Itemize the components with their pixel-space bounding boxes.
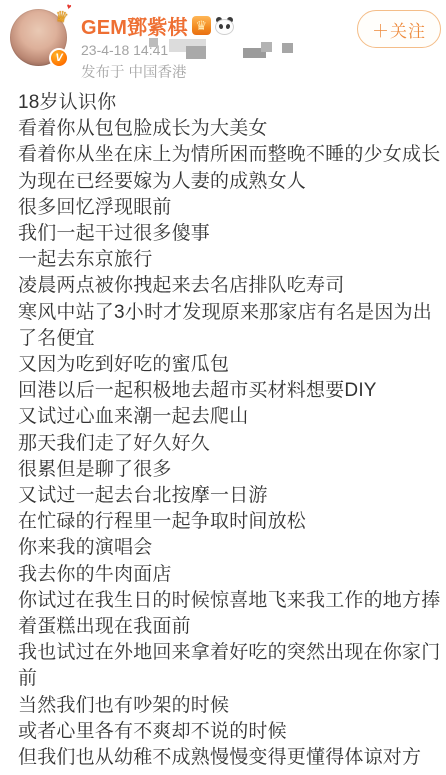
crown-icon: ♛ (53, 9, 71, 27)
post-line: 但我们也从幼稚不成熟慢慢变得更懂得体谅对方 (18, 745, 440, 771)
weibo-post-detail: ♥ ♛ V GEM鄧紫棋 ♛ 23-4-18 14:41 发布于 中国香港 (0, 0, 446, 775)
redaction-block (261, 42, 272, 52)
post-line: 那天我们走了好久好久 (18, 431, 440, 457)
redaction-block (186, 46, 206, 59)
post-line: 前 (18, 666, 440, 692)
post-line: 18岁认识你 (18, 90, 440, 116)
post-line: 很多回忆浮现眼前 (18, 195, 440, 221)
redaction-block (282, 43, 293, 53)
post-line: 看着你从包包脸成长为大美女 (18, 116, 440, 142)
post-line: 很累但是聊了很多 (18, 457, 440, 483)
redaction-block (149, 38, 158, 47)
post-line: 回港以后一起积极地去超市买材料想要DIY (18, 378, 440, 404)
crown-heart-pendant-icon: ♥ ♛ (53, 1, 72, 27)
post-body: 18岁认识你看着你从包包脸成长为大美女看着你从坐在床上为情所困而整晚不睡的少女成… (0, 78, 446, 771)
post-line: 又试过一起去台北按摩一日游 (18, 483, 440, 509)
post-line: 我去你的牛肉面店 (18, 562, 440, 588)
post-line: 我们一起干过很多傻事 (18, 221, 440, 247)
post-text: 18岁认识你看着你从包包脸成长为大美女看着你从坐在床上为情所困而整晚不睡的少女成… (18, 90, 440, 771)
panda-badge-icon (215, 17, 234, 35)
post-line: 着蛋糕出现在我面前 (18, 614, 440, 640)
post-line: 看着你从坐在床上为情所困而整晚不睡的少女成长 (18, 142, 440, 168)
post-line: 寒风中站了3小时才发现原来那家店有名是因为出 (18, 300, 440, 326)
post-line: 为现在已经要嫁为人妻的成熟女人 (18, 169, 440, 195)
post-line: 当然我们也有吵架的时候 (18, 693, 440, 719)
post-line: 你试过在我生日的时候惊喜地飞来我工作的地方捧 (18, 588, 440, 614)
verified-badge-icon: V (49, 48, 69, 68)
username[interactable]: GEM鄧紫棋 (81, 11, 188, 40)
avatar[interactable]: ♥ ♛ V (10, 9, 67, 66)
post-line: 了名便宜 (18, 326, 440, 352)
post-location: 发布于 中国香港 (81, 61, 438, 82)
post-line: 凌晨两点被你拽起来去名店排队吃寿司 (18, 273, 440, 299)
post-line: 在忙碌的行程里一起争取时间放松 (18, 509, 440, 535)
post-line: 又因为吃到好吃的蜜瓜包 (18, 352, 440, 378)
post-line: 一起去东京旅行 (18, 247, 440, 273)
post-line: 又试过心血来潮一起去爬山 (18, 404, 440, 430)
panda-face (215, 19, 234, 35)
post-header: ♥ ♛ V GEM鄧紫棋 ♛ 23-4-18 14:41 发布于 中国香港 (0, 0, 446, 78)
follow-button[interactable]: ＋关注 (357, 10, 441, 48)
queen-crown-badge-icon: ♛ (192, 16, 211, 35)
post-line: 你来我的演唱会 (18, 535, 440, 561)
post-line: 或者心里各有不爽却不说的时候 (18, 719, 440, 745)
post-line: 我也试过在外地回来拿着好吃的突然出现在你家门 (18, 640, 440, 666)
